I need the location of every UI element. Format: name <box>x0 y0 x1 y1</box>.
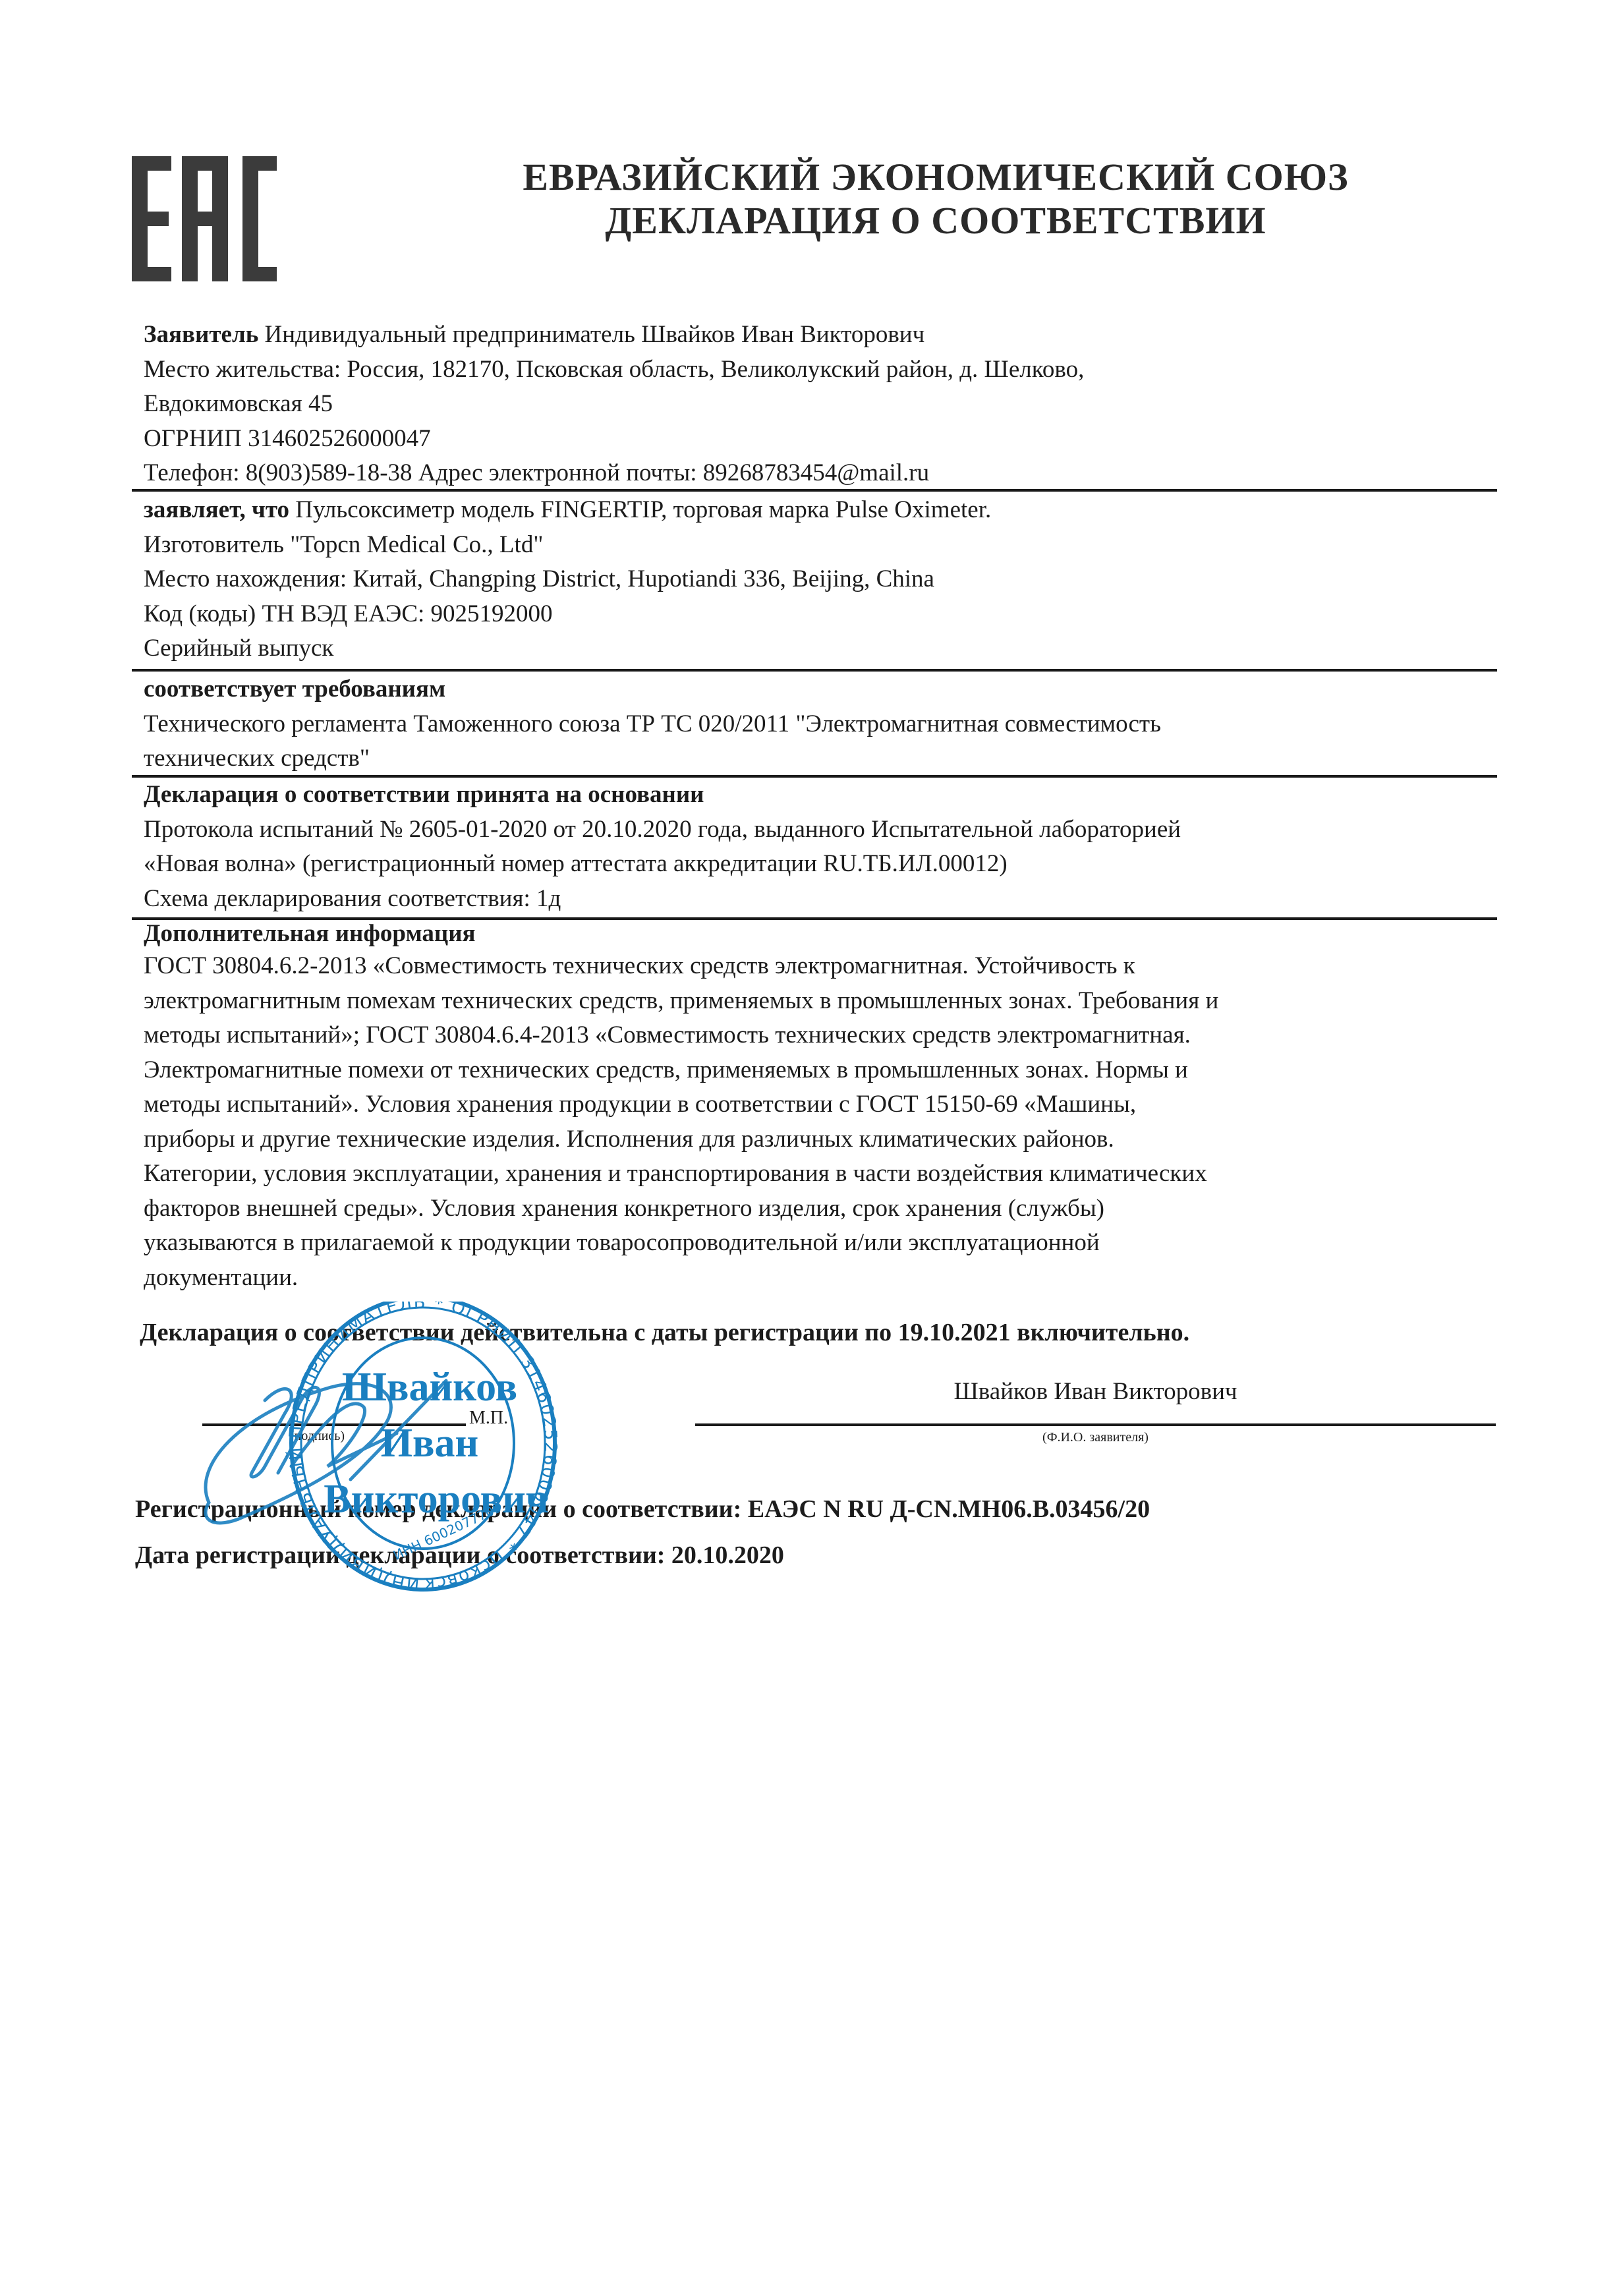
additional-info-line: ГОСТ 30804.6.2-2013 «Совместимость техни… <box>144 949 1501 984</box>
product-release-type: Серийный выпуск <box>144 631 1501 666</box>
eac-mark-icon <box>132 156 278 281</box>
document-title: ДЕКЛАРАЦИЯ О СООТВЕТСТВИИ <box>369 199 1502 243</box>
additional-info-line: методы испытаний». Условия хранения прод… <box>144 1087 1501 1122</box>
additional-info-line: документации. <box>144 1261 1501 1296</box>
product-label: заявляет, что <box>144 496 289 523</box>
product-location: Место нахождения: Китай, Changping Distr… <box>144 562 1501 597</box>
applicant-name: Индивидуальный предприниматель Швайков И… <box>265 321 925 348</box>
signer-name: Швайков Иван Викторович <box>695 1377 1496 1406</box>
additional-info-line: Электромагнитные помехи от технических с… <box>144 1053 1501 1088</box>
basis-section: Декларация о соответствии принята на осн… <box>144 778 1501 916</box>
requirements-label: соответствует требованиям <box>144 672 1501 707</box>
product-tn-ved-code: Код (коды) ТН ВЭД ЕАЭС: 9025192000 <box>144 597 1501 632</box>
stamp-surname: Швайков <box>342 1365 517 1410</box>
applicant-contacts: Телефон: 8(903)589-18-38 Адрес электронн… <box>144 456 1501 491</box>
applicant-ogrnip: ОГРНИП 314602526000047 <box>144 422 1501 457</box>
registration-date: Дата регистрации декларации о соответств… <box>135 1541 784 1570</box>
additional-info-line: Категории, условия эксплуатации, хранени… <box>144 1157 1501 1191</box>
union-title: ЕВРАЗИЙСКИЙ ЭКОНОМИЧЕСКИЙ СОЮЗ <box>369 156 1502 199</box>
requirements-section: соответствует требованиям Технического р… <box>144 672 1501 776</box>
applicant-address-line1: Место жительства: Россия, 182170, Псковс… <box>144 353 1501 387</box>
validity-statement: Декларация о соответствии действительна … <box>140 1318 1189 1347</box>
signature-caption: (подпись) <box>290 1429 345 1444</box>
product-description: Пульсоксиметр модель FINGERTIP, торговая… <box>295 496 991 523</box>
basis-line1: Протокола испытаний № 2605-01-2020 от 20… <box>144 813 1501 847</box>
additional-info-label: Дополнительная информация <box>144 919 1501 949</box>
additional-info-line: указываются в прилагаемой к продукции то… <box>144 1226 1501 1261</box>
eac-logo <box>132 156 278 281</box>
product-manufacturer: Изготовитель "Topcn Medical Co., Ltd" <box>144 528 1501 563</box>
additional-info-line: электромагнитным помехам технических сре… <box>144 984 1501 1019</box>
registration-number: Регистрационный номер декларации о соотв… <box>135 1495 1150 1524</box>
declaration-scheme: Схема декларирования соответствия: 1д <box>144 882 1501 917</box>
additional-info-line: факторов внешней среды». Условия хранени… <box>144 1191 1501 1226</box>
basis-label: Декларация о соответствии принята на осн… <box>144 778 1501 813</box>
name-line <box>695 1423 1496 1426</box>
signature-line <box>202 1423 466 1426</box>
seal-label: М.П. <box>469 1408 508 1429</box>
basis-line2: «Новая волна» (регистрационный номер атт… <box>144 847 1501 882</box>
additional-info-section: Дополнительная информация ГОСТ 30804.6.2… <box>144 919 1501 1295</box>
section-divider <box>132 669 1497 672</box>
requirements-line2: технических средств" <box>144 741 1501 776</box>
name-caption: (Ф.И.О. заявителя) <box>695 1430 1496 1445</box>
product-section: заявляет, что Пульсоксиметр модель FINGE… <box>144 493 1501 666</box>
additional-info-line: приборы и другие технические изделия. Ис… <box>144 1122 1501 1157</box>
applicant-section: Заявитель Индивидуальный предприниматель… <box>144 318 1501 491</box>
stamp-first-name: Иван <box>381 1421 478 1466</box>
applicant-address-line2: Евдокимовская 45 <box>144 387 1501 422</box>
applicant-label: Заявитель <box>144 321 258 348</box>
additional-info-line: методы испытаний»; ГОСТ 30804.6.4-2013 «… <box>144 1018 1501 1053</box>
requirements-line1: Технического регламента Таможенного союз… <box>144 707 1501 742</box>
section-divider <box>132 489 1497 492</box>
